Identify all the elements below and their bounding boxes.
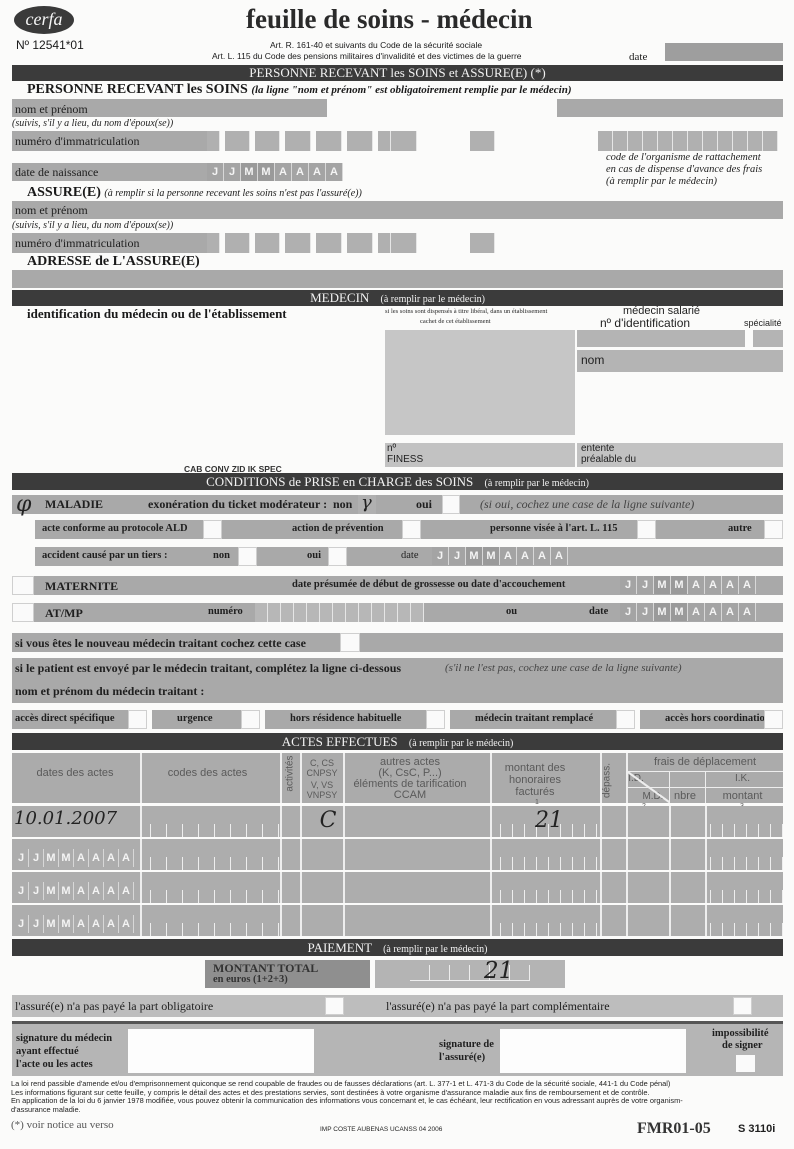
digit-cell[interactable] (748, 131, 763, 151)
patient-section-band: PERSONNE RECEVANT les SOINS et ASSURE(E)… (12, 65, 783, 81)
assure-sig-label-1: signature de (439, 1039, 494, 1050)
paiement-band-title: PAIEMENT (308, 940, 372, 955)
cachet-area[interactable] (385, 330, 575, 435)
maternite-date-field[interactable]: JJMMAAAA (620, 576, 756, 594)
id-md-diagonal (626, 771, 670, 803)
patient-name-field-right[interactable] (557, 99, 783, 117)
date-digit-box[interactable]: J (620, 603, 637, 621)
medecin-band-title: MEDECIN (310, 290, 369, 305)
acte-montant-cell[interactable] (490, 873, 600, 903)
date-digit-box[interactable]: J (29, 882, 44, 900)
col-c-cs-header-2: CNPSY (302, 768, 342, 779)
date-digit-box[interactable]: M (44, 882, 59, 900)
total-amount-value: 21 (484, 958, 513, 984)
col-ik-header: I.K. (705, 773, 780, 784)
entente-label-1: entente (581, 443, 614, 454)
complementaire-label: l'assuré(e) n'a pas payé la part complém… (386, 999, 610, 1014)
envoye-label: si le patient est envoyé par le médecin … (15, 661, 401, 676)
digit-cell[interactable] (294, 603, 307, 622)
assure-heading-note: (à remplir si la personne recevant les s… (104, 188, 361, 199)
organisme-note-2: en cas de dispense d'avance des frais (606, 164, 762, 175)
medecin-section-band: MEDECIN (à remplir par le médecin) (12, 290, 783, 306)
cerfa-logo: cerfa (14, 6, 74, 34)
digit-cell[interactable] (372, 603, 385, 622)
autre-checkbox[interactable] (764, 520, 783, 539)
date-digit-box[interactable]: A (119, 882, 134, 900)
date-digit-box[interactable]: A (722, 603, 739, 621)
acte-depass-cell[interactable] (600, 873, 626, 903)
assure-signature-field[interactable] (500, 1029, 686, 1073)
paiement-section-band: PAIEMENT (à remplir par le médecin) (12, 939, 783, 956)
medecin-sig-label-1: signature du médecin (16, 1033, 112, 1044)
medecin-sig-label-2: ayant effectué (16, 1046, 79, 1057)
atmp-label: AT/MP (45, 606, 83, 621)
acte-montant-cell[interactable] (490, 840, 600, 870)
date-digit-box[interactable]: A (688, 603, 705, 621)
organisme-note-1: code de l'organisme de rattachement (606, 152, 761, 163)
digit-cell[interactable] (347, 131, 373, 151)
date-digit-box[interactable]: J (14, 849, 29, 867)
atmp-date-label: date (589, 606, 608, 617)
date-digit-box[interactable]: J (14, 882, 29, 900)
acte-montant-cell[interactable]: 21 (490, 807, 600, 837)
accident-date-field[interactable]: JJMMAAAA (432, 547, 568, 565)
date-digit-box[interactable]: A (500, 547, 517, 565)
column-divider (280, 806, 282, 837)
date-digit-box[interactable]: A (534, 547, 551, 565)
date-digit-box[interactable]: A (705, 576, 722, 594)
date-digit-box[interactable]: A (292, 163, 309, 181)
col-activites-header: activités (285, 754, 296, 794)
acte-depass-cell[interactable] (600, 807, 626, 837)
atmp-numero-label: numéro (208, 606, 243, 617)
digit-cell[interactable] (688, 131, 703, 151)
atmp-date-field[interactable]: JJMMAAAA (620, 603, 756, 621)
date-label: date (629, 51, 647, 63)
digit-cell[interactable] (763, 131, 778, 151)
acte-autres-cell[interactable] (343, 807, 490, 837)
col-dates-header: dates des actes (20, 768, 130, 779)
conditions-section-band: CONDITIONS de PRISE en CHARGE des SOINS … (12, 473, 783, 490)
acte-date-cell[interactable]: JJMMAAAA (14, 882, 134, 902)
exoneration-label: exonération du ticket modérateur : (148, 497, 327, 512)
prevention-label: action de prévention (292, 523, 384, 534)
column-divider (490, 753, 492, 803)
assure-name-label: nom et prénom (15, 203, 88, 218)
atmp-checkbox[interactable] (12, 603, 34, 622)
paiement-band-note: (à remplir par le médecin) (383, 944, 487, 955)
digit-cell[interactable] (225, 233, 250, 253)
l115-checkbox[interactable] (637, 520, 656, 539)
acte-id-md-cell[interactable] (626, 840, 669, 870)
date-digit-box[interactable]: M (44, 915, 59, 933)
date-digit-box[interactable]: M (44, 849, 59, 867)
date-digit-box[interactable]: M (59, 915, 74, 933)
assure-immat-label: numéro d'immatriculation (15, 236, 139, 251)
digit-cell[interactable] (470, 233, 495, 253)
acte-code-cell[interactable] (140, 906, 280, 936)
medecin-signature-field[interactable] (128, 1029, 314, 1073)
date-digit-box[interactable]: A (74, 882, 89, 900)
digit-cell[interactable] (613, 131, 628, 151)
acte-montant-cell[interactable] (490, 906, 600, 936)
date-digit-box[interactable]: J (637, 576, 654, 594)
acte-depass-cell[interactable] (600, 906, 626, 936)
col-depass-header: dépass. (602, 759, 613, 803)
col-montant-header: montant des honoraires facturés (500, 762, 570, 798)
medecin-traitant-label: nom et prénom du médecin traitant : (15, 684, 204, 699)
digit-cell[interactable] (207, 233, 220, 253)
patient-heading-note: (la ligne "nom et prénom" est obligatoir… (251, 84, 571, 96)
obligatoire-label: l'assuré(e) n'a pas payé la part obligat… (15, 999, 213, 1014)
specialite-label: spécialité (744, 318, 782, 328)
actes-band-note: (à remplir par le médecin) (409, 738, 513, 749)
column-divider (280, 905, 282, 936)
acte-date-cell[interactable]: JJMMAAAA (14, 915, 134, 935)
acte-date-cell[interactable]: JJMMAAAA (14, 849, 134, 869)
column-divider (280, 872, 282, 903)
digit-cell[interactable] (285, 233, 311, 253)
date-digit-box[interactable]: A (551, 547, 568, 565)
date-digit-box[interactable]: A (326, 163, 343, 181)
birth-label: date de naissance (15, 165, 98, 180)
date-digit-box[interactable]: A (119, 849, 134, 867)
nom-field[interactable] (577, 350, 783, 372)
legal-reference-2: Art. L. 115 du Code des pensions militai… (212, 51, 522, 61)
date-digit-box[interactable]: J (224, 163, 241, 181)
acte-nbre-cell[interactable] (669, 873, 705, 903)
acte-autres-cell[interactable] (343, 873, 490, 903)
date-digit-box[interactable]: J (449, 547, 466, 565)
digit-cell[interactable] (628, 131, 643, 151)
acces-option-label: médecin traitant remplacé (475, 713, 593, 724)
patient-name-label: nom et prénom (15, 102, 88, 117)
date-digit-box[interactable]: A (517, 547, 534, 565)
date-digit-box[interactable]: J (29, 915, 44, 933)
digit-cell[interactable] (285, 131, 311, 151)
birth-date-field[interactable]: JJMMAAAA (207, 163, 343, 181)
acces-option-label: hors résidence habituelle (290, 713, 401, 724)
date-digit-box[interactable]: M (466, 547, 483, 565)
address-heading: ADRESSE de L'ASSURE(E) (27, 254, 200, 270)
column-divider (300, 839, 302, 870)
ald-label: acte conforme au protocole ALD (42, 523, 188, 534)
conditions-band-title: CONDITIONS de PRISE en CHARGE des SOINS (206, 474, 473, 489)
acte-autres-cell[interactable] (343, 906, 490, 936)
column-divider (280, 839, 282, 870)
entente-label-2: préalable du (581, 454, 636, 465)
footer-legal-1: La loi rend passible d'amende et/ou d'em… (11, 1079, 670, 1088)
acte-id-md-cell[interactable] (626, 807, 669, 837)
maternite-label: MATERNITE (45, 579, 118, 594)
impossibilite-label-1: impossibilité (712, 1028, 769, 1039)
date-digit-box[interactable]: J (637, 603, 654, 621)
exoneration-non-label: non (333, 497, 352, 512)
acte-id-md-cell[interactable] (626, 906, 669, 936)
impossibilite-label-2: de signer (722, 1040, 763, 1051)
date-digit-box[interactable]: A (739, 603, 756, 621)
assure-name-hint: (suivis, s'il y a lieu, du nom d'époux(s… (12, 220, 173, 231)
footer-notice: (*) voir notice au verso (11, 1119, 114, 1131)
date-digit-box[interactable]: M (671, 603, 688, 621)
digit-cell[interactable] (378, 131, 391, 151)
date-digit-box[interactable]: A (739, 576, 756, 594)
digit-cell[interactable] (207, 131, 220, 151)
digit-cell[interactable] (385, 603, 398, 622)
identification-label: nº d'identification (600, 316, 690, 330)
acte-ik-montant-cell[interactable] (705, 840, 783, 870)
date-digit-box[interactable]: A (104, 882, 119, 900)
accident-non-label: non (213, 550, 230, 561)
form-number: Nº 12541*01 (16, 38, 84, 52)
acces-option-label: accès direct spécifique (15, 713, 115, 724)
digit-cell[interactable] (255, 603, 268, 622)
footer-s-code: S 3110i (738, 1123, 775, 1135)
ald-checkbox[interactable] (203, 520, 222, 539)
digit-cell[interactable] (255, 233, 280, 253)
col-frais-header: frais de déplacement (630, 757, 780, 768)
date-digit-box[interactable]: J (432, 547, 449, 565)
finess-label-2: FINESS (387, 454, 423, 465)
patient-heading: PERSONNE RECEVANT les SOINS (la ligne "n… (27, 82, 572, 98)
acte-date-cell[interactable]: 10.01.2007 (14, 808, 117, 828)
date-digit-box[interactable]: A (309, 163, 326, 181)
date-digit-box[interactable]: M (654, 603, 671, 621)
accident-date-label: date (401, 550, 419, 561)
specialite-field[interactable] (753, 330, 783, 347)
acces-option-checkbox[interactable] (616, 710, 635, 729)
digit-cell[interactable] (359, 603, 372, 622)
column-divider (300, 905, 302, 936)
digit-cell[interactable] (316, 131, 342, 151)
date-digit-box[interactable]: J (29, 849, 44, 867)
assure-heading: ASSURE(E) (à remplir si la personne rece… (27, 185, 362, 201)
acte-autres-cell[interactable] (343, 840, 490, 870)
exoneration-oui-label: oui (416, 497, 432, 512)
date-field[interactable] (665, 43, 783, 61)
digit-cell[interactable] (718, 131, 733, 151)
nouveau-medecin-label: si vous êtes le nouveau médecin traitant… (15, 636, 306, 651)
maternite-date-label: date présumée de début de grossesse ou d… (292, 579, 565, 590)
maladie-label: MALADIE (45, 497, 103, 512)
digit-cell[interactable] (281, 603, 294, 622)
date-digit-box[interactable]: A (104, 915, 119, 933)
digit-cell[interactable] (316, 233, 342, 253)
footer-legal-4: d'assurance maladie. (11, 1105, 81, 1114)
acte-ik-montant-cell[interactable] (705, 906, 783, 936)
digit-cell[interactable] (398, 603, 411, 622)
impossibilite-checkbox[interactable] (736, 1055, 755, 1072)
date-digit-box[interactable]: J (14, 915, 29, 933)
date-digit-box[interactable]: M (59, 882, 74, 900)
acces-option-checkbox[interactable] (128, 710, 147, 729)
date-digit-box[interactable]: A (275, 163, 292, 181)
exoneration-oui-checkbox[interactable] (442, 495, 460, 514)
date-digit-box[interactable]: A (89, 882, 104, 900)
digit-cell[interactable] (703, 131, 718, 151)
digit-cell[interactable] (598, 131, 613, 151)
date-digit-box[interactable]: J (620, 576, 637, 594)
digit-cell[interactable] (673, 131, 688, 151)
obligatoire-checkbox[interactable] (325, 997, 344, 1015)
digit-cell[interactable] (347, 233, 373, 253)
cachet-note: cachet de cet établissement (420, 318, 491, 325)
form-title: feuille de soins - médecin (246, 4, 532, 35)
assure-name-field[interactable] (12, 201, 783, 219)
atmp-ou-label: ou (506, 606, 517, 617)
acces-option-checkbox[interactable] (426, 710, 445, 729)
column-divider (300, 872, 302, 903)
acces-option-checkbox[interactable] (241, 710, 260, 729)
acte-code-cell[interactable] (140, 873, 280, 903)
patient-heading-text: PERSONNE RECEVANT les SOINS (27, 82, 248, 97)
column-divider (140, 753, 142, 803)
assure-heading-text: ASSURE(E) (27, 185, 101, 200)
digit-cell[interactable] (320, 603, 333, 622)
patient-name-hint: (suivis, s'il y a lieu, du nom d'époux(s… (12, 118, 173, 129)
nom-label: nom (581, 353, 604, 367)
date-digit-box[interactable]: A (89, 915, 104, 933)
date-digit-box[interactable]: M (671, 576, 688, 594)
exoneration-non-mark: γ (361, 492, 372, 513)
exoneration-note: (si oui, cochez une case de la ligne sui… (480, 497, 694, 512)
date-digit-box[interactable]: A (104, 849, 119, 867)
acte-code-cell[interactable] (140, 807, 280, 837)
digit-cell[interactable] (307, 603, 320, 622)
identification-field[interactable] (577, 330, 745, 347)
medecin-sig-label-3: l'acte ou les actes (16, 1059, 93, 1070)
date-digit-box[interactable]: A (688, 576, 705, 594)
digit-cell[interactable] (391, 233, 417, 253)
autre-label: autre (728, 523, 752, 534)
date-digit-box[interactable]: A (74, 849, 89, 867)
accident-oui-label: oui (307, 550, 321, 561)
col-nbre-header: nbre (665, 791, 705, 802)
accident-non-checkbox[interactable] (238, 547, 257, 566)
acte-ik-montant-cell[interactable] (705, 873, 783, 903)
conditions-band-note: (à remplir par le médecin) (485, 478, 589, 489)
digit-cell[interactable] (643, 131, 658, 151)
digit-cell[interactable] (470, 131, 495, 151)
patient-band-note: (*) (531, 65, 546, 80)
date-digit-box[interactable]: J (207, 163, 224, 181)
date-digit-box[interactable]: M (59, 849, 74, 867)
actes-band-title: ACTES EFFECTUES (282, 734, 398, 749)
acte-code-cell[interactable] (140, 840, 280, 870)
col-codes-header: codes des actes (150, 768, 265, 779)
acte-ik-montant-cell[interactable] (705, 807, 783, 837)
digit-cell[interactable] (255, 131, 280, 151)
digit-cell[interactable] (411, 603, 424, 622)
liberal-note: si les soins sont dispensés à titre libé… (385, 308, 547, 315)
prevention-checkbox[interactable] (402, 520, 421, 539)
digit-cell[interactable] (333, 603, 346, 622)
acte-depass-cell[interactable] (600, 840, 626, 870)
footer-form-code: FMR01-05 (637, 1120, 711, 1138)
column-divider (280, 753, 282, 803)
accident-oui-checkbox[interactable] (328, 547, 347, 566)
medecin-band-note: (à remplir par le médecin) (381, 294, 485, 305)
l115-label: personne visée à l'art. L. 115 (490, 523, 617, 534)
digit-cell[interactable] (391, 131, 417, 151)
maternite-checkbox[interactable] (12, 576, 34, 595)
nouveau-medecin-checkbox[interactable] (340, 633, 360, 652)
col-c-cs-header-4: VNPSY (302, 790, 342, 801)
digit-cell[interactable] (346, 603, 359, 622)
accident-label: accident causé par un tiers : (42, 550, 168, 561)
date-digit-box[interactable]: M (241, 163, 258, 181)
digit-cell[interactable] (733, 131, 748, 151)
date-digit-box[interactable]: M (258, 163, 275, 181)
medecin-ident-label: identification du médecin ou de l'établi… (27, 306, 287, 322)
complementaire-checkbox[interactable] (733, 997, 752, 1015)
acces-option-label: accès hors coordination (665, 713, 771, 724)
assure-sig-label-2: l'assuré(e) (439, 1052, 485, 1063)
actes-section-band: ACTES EFFECTUES (à remplir par le médeci… (12, 733, 783, 750)
finess-label-1: nº (387, 443, 396, 454)
date-digit-box[interactable]: A (119, 915, 134, 933)
organisme-note-3: (à remplir par le médecin) (606, 176, 717, 187)
digit-cell[interactable] (225, 131, 250, 151)
acte-nbre-cell[interactable] (669, 840, 705, 870)
digit-cell[interactable] (378, 233, 391, 253)
date-digit-box[interactable]: A (89, 849, 104, 867)
digit-cell[interactable] (658, 131, 673, 151)
legal-reference-1: Art. R. 161-40 et suivants du Code de la… (270, 40, 482, 50)
date-digit-box[interactable]: M (483, 547, 500, 565)
date-digit-box[interactable]: A (722, 576, 739, 594)
footer-printer: IMP COSTE AUBENAS UCANSS 04 2006 (320, 1126, 442, 1133)
date-digit-box[interactable]: M (654, 576, 671, 594)
footer-legal-3: En application de la loi du 6 janvier 19… (11, 1096, 683, 1105)
acte-id-md-cell[interactable] (626, 873, 669, 903)
envoye-note: (s'il ne l'est pas, cochez une case de l… (445, 662, 682, 674)
digit-cell[interactable] (268, 603, 281, 622)
acte-nbre-cell[interactable] (669, 906, 705, 936)
acte-nbre-cell[interactable] (669, 807, 705, 837)
column-divider (300, 806, 302, 837)
acces-option-checkbox[interactable] (764, 710, 783, 729)
total-label-2: en euros (1+2+3) (213, 974, 288, 985)
acces-option-label: urgence (177, 713, 213, 724)
date-digit-box[interactable]: A (705, 603, 722, 621)
col-autres-header-4: CCAM (345, 790, 475, 801)
patient-band-title: PERSONNE RECEVANT les SOINS et ASSURE(E) (249, 65, 527, 80)
date-digit-box[interactable]: A (74, 915, 89, 933)
maladie-checkbox-mark[interactable]: φ (16, 492, 31, 517)
address-field[interactable] (12, 270, 783, 288)
patient-immat-label: numéro d'immatriculation (15, 134, 139, 149)
